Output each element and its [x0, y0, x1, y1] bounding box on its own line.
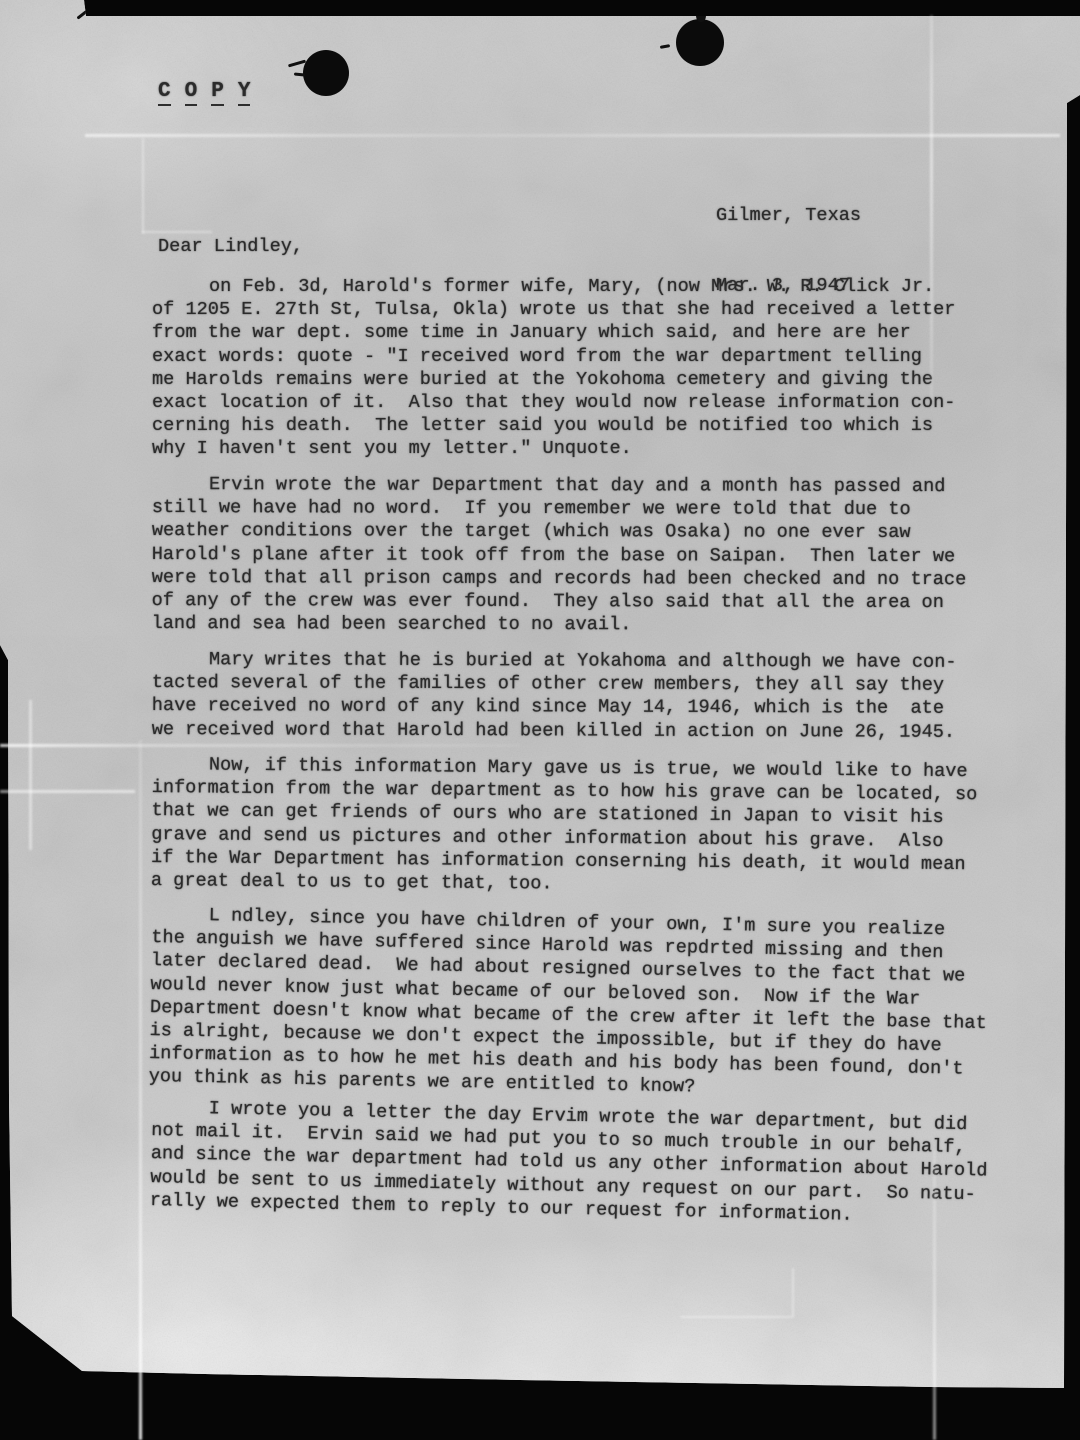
letter-paragraph: L ndley, since you have children of your… [148, 903, 1031, 1105]
letter-line: cerning his death. The letter said you w… [152, 414, 1032, 437]
letter-paragraph: Now, if this information Mary gave us is… [151, 753, 1032, 900]
letter-line: land and sea had been searched to no ava… [152, 612, 1032, 638]
letter-paragraph: on Feb. 3d, Harold's former wife, Mary, … [152, 275, 1032, 461]
copy-stamp: COPY [158, 80, 264, 106]
letter-paragraph: I wrote you a letter the day Ervim wrote… [150, 1096, 1032, 1230]
letter-paragraph: Mary writes that he is buried at Yokahom… [152, 648, 1032, 744]
letter-line: of 1205 E. 27th St, Tulsa, Okla) wrote u… [152, 298, 1032, 321]
letter-line: exact words: quote - "I received word fr… [152, 345, 1032, 368]
copy-letter: C [158, 80, 171, 106]
copy-letter: P [211, 80, 224, 106]
frame-impression-line [792, 1268, 794, 1318]
pen-mark [76, 9, 88, 19]
letter-line: me Harolds remains were buried at the Yo… [152, 368, 1032, 391]
letter-line: Ervin wrote the war Department that day … [152, 473, 1032, 499]
punch-hole-icon [676, 19, 724, 66]
letter-line: still we have had no word. If you rememb… [152, 496, 1032, 522]
letter-line: weather conditions over the target (whic… [152, 519, 1032, 545]
letter-line: tacted several of the families of other … [152, 671, 1032, 697]
letter-line: on Feb. 3d, Harold's former wife, Mary, … [152, 275, 1032, 298]
letter-line: from the war dept. some time in January … [152, 321, 1032, 344]
scanned-letter-page: COPY Gilmer, Texas Mar. 3, 1947 Dear Lin… [0, 0, 1080, 1440]
paper-sheet: COPY Gilmer, Texas Mar. 3, 1947 Dear Lin… [0, 0, 1080, 1440]
letter-line: of any of the crew was ever found. They … [152, 589, 1032, 615]
frame-impression-line [142, 138, 144, 234]
salutation: Dear Lindley, [158, 236, 303, 257]
frame-impression-line [680, 1316, 792, 1318]
letter-line: exact location of it. Also that they wou… [152, 391, 1032, 414]
copy-letter: Y [238, 80, 251, 106]
pen-mark [110, 7, 122, 15]
letter-line: were told that all prison camps and reco… [152, 566, 1032, 592]
place-line: Gilmer, Texas [716, 204, 861, 227]
copy-letter: O [185, 80, 198, 106]
letter-line: Mary writes that he is buried at Yokahom… [152, 648, 1032, 674]
pen-mark [294, 72, 305, 76]
letter-line: have received no word of any kind since … [152, 694, 1032, 720]
frame-impression-line [142, 231, 212, 233]
pen-mark [696, 10, 706, 22]
letter-line: why I haven't sent you my letter." Unquo… [152, 437, 1032, 460]
letter-line: we received word that Harold had been ki… [152, 718, 1032, 744]
pen-mark [660, 44, 670, 49]
letter-paragraph: Ervin wrote the war Department that day … [152, 473, 1032, 638]
punch-hole-icon [303, 50, 349, 96]
letter-line: Harold's plane after it took off from th… [152, 543, 1032, 569]
